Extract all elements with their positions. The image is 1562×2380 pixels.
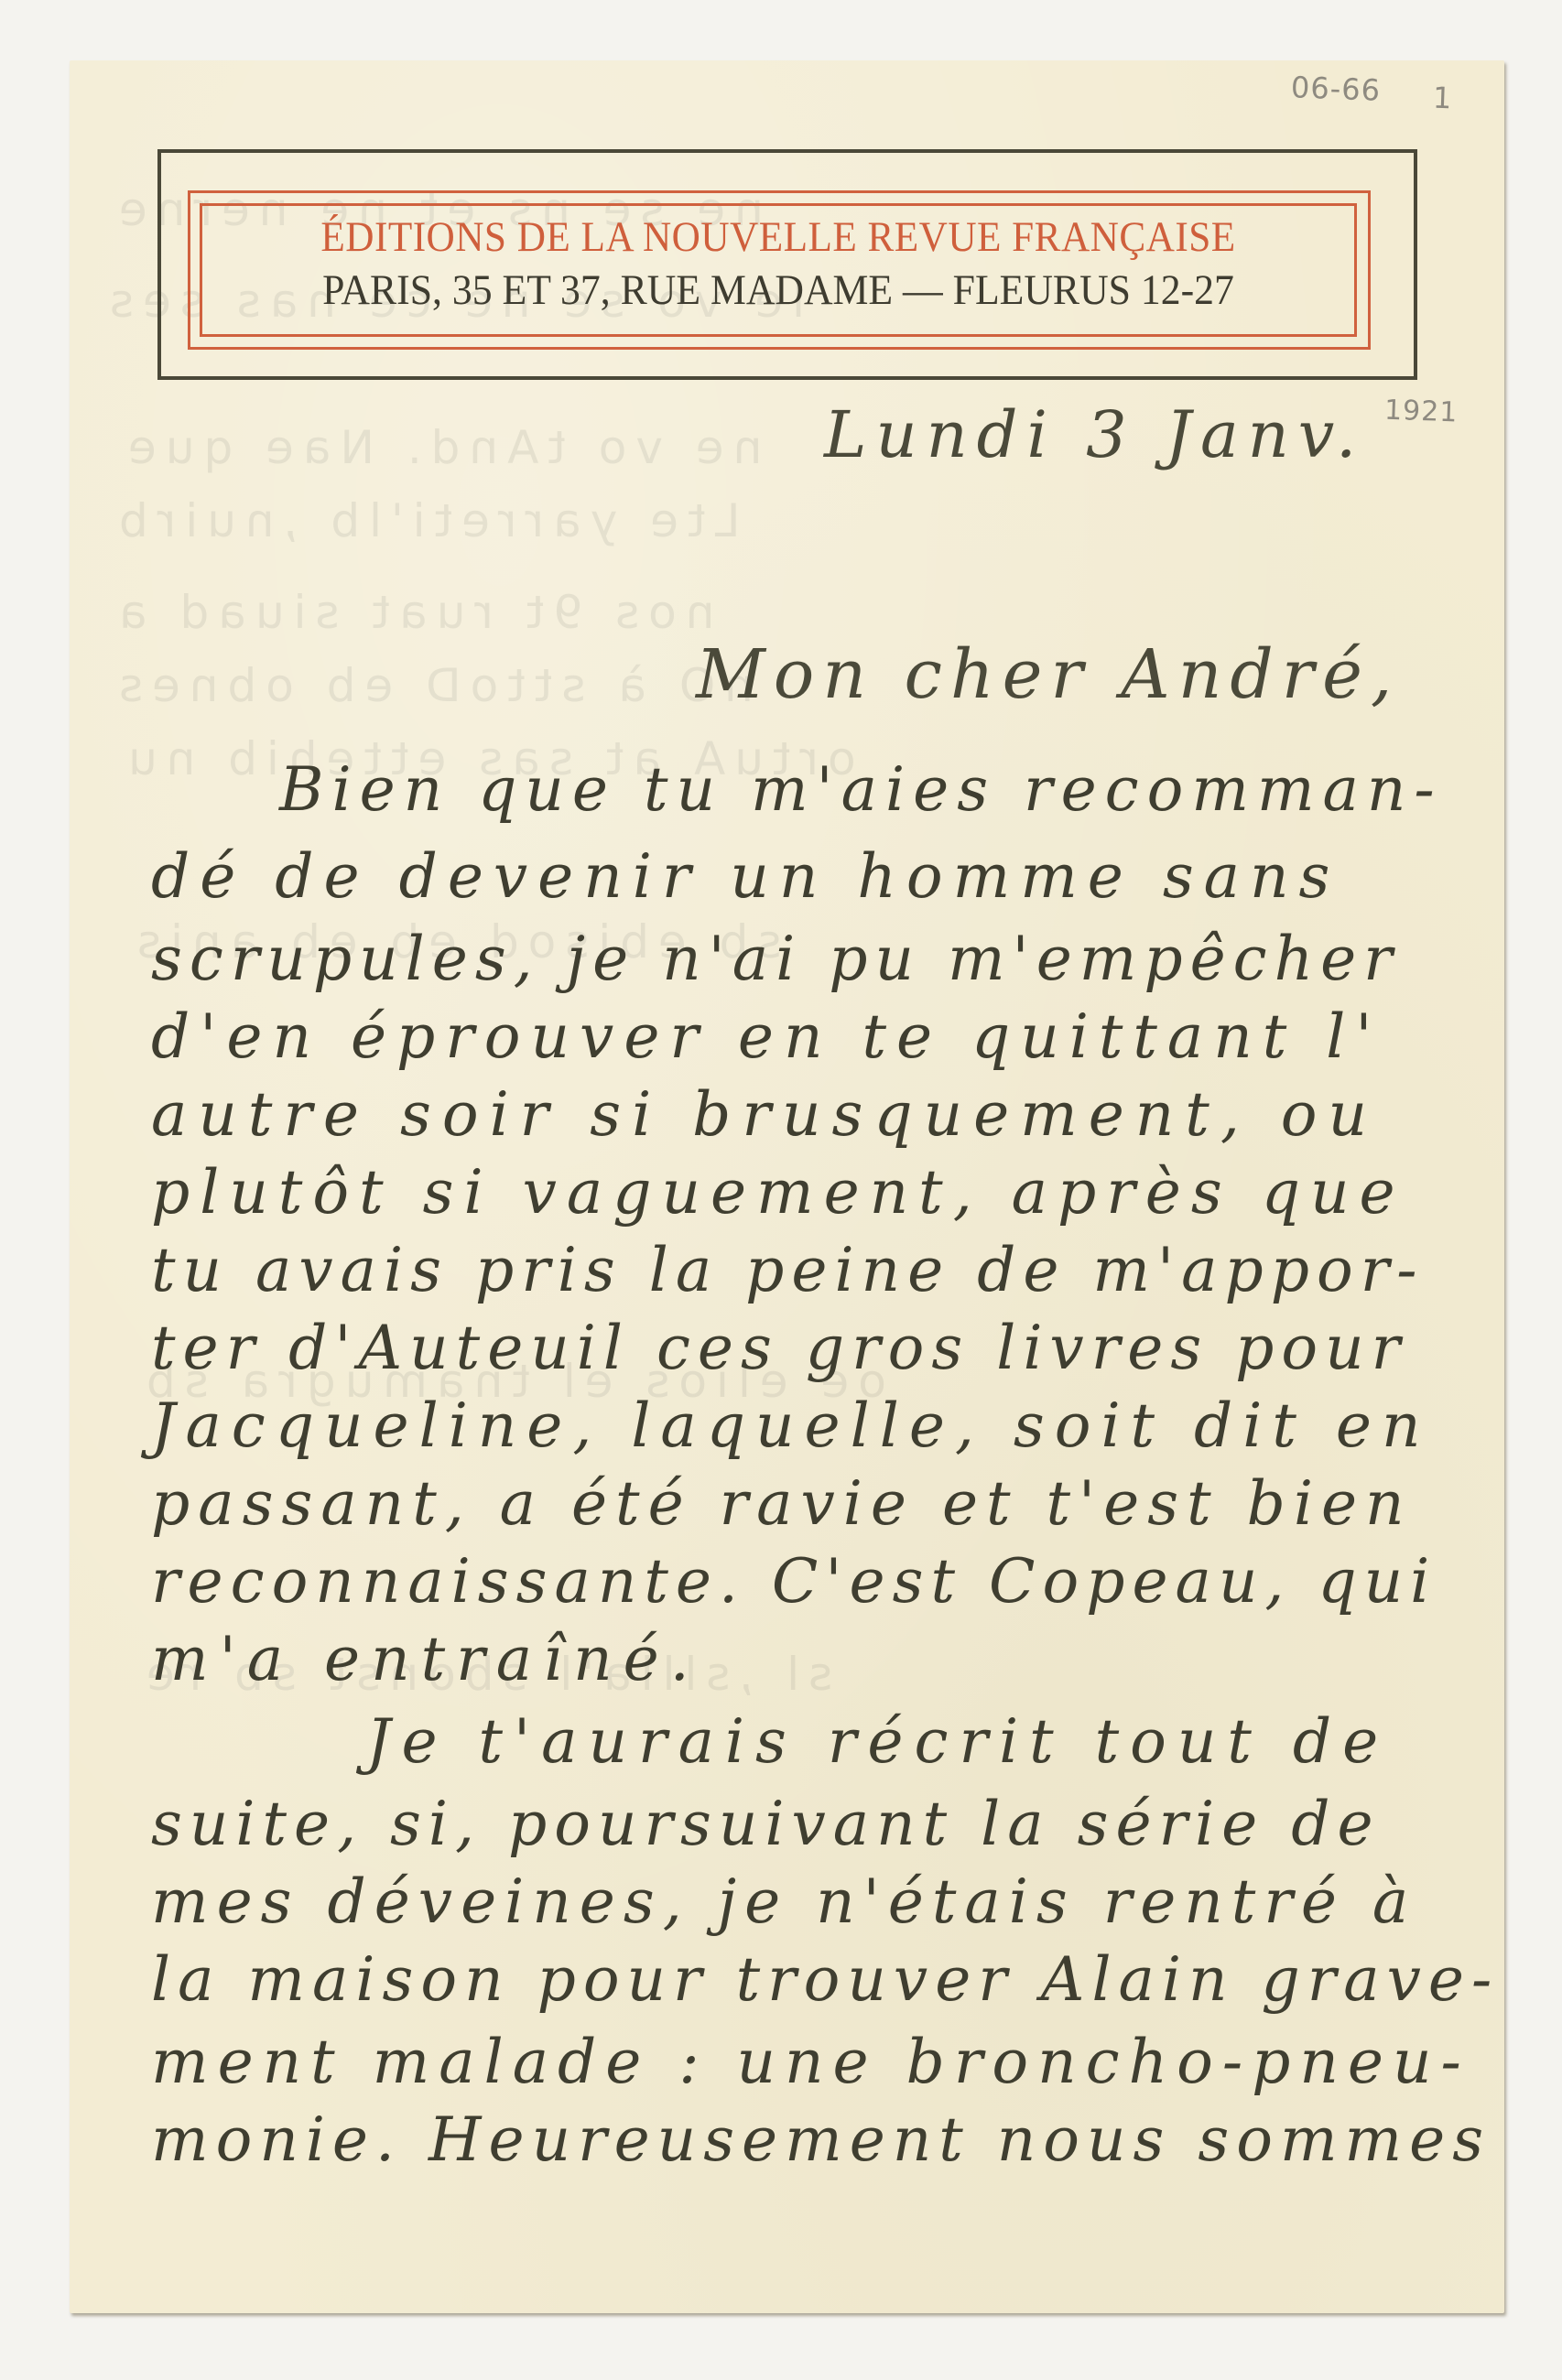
letter-date: Lundi 3 Janv. <box>824 403 1365 467</box>
letter-line: mes déveines, je n'étais rentré à <box>151 1872 1416 1932</box>
letter-line: m'a entraîné. <box>151 1629 700 1690</box>
archive-folio-mark: 06-66 <box>1290 70 1381 107</box>
letter-line: tu avais pris la peine de m'appor- <box>151 1240 1425 1301</box>
letter-line: monie. Heureusement nous sommes <box>151 2110 1491 2170</box>
letterhead-address: PARIS, 35 ET 37, RUE MADAME — FLEURUS 12… <box>240 265 1317 315</box>
letter-line: passant, a été ravie et t'est bien <box>151 1474 1413 1534</box>
archive-year-mark: 1921 <box>1383 395 1459 429</box>
letter-line: Bien que tu m'aies recomman- <box>279 760 1443 820</box>
letter-line: la maison pour trouver Alain grave- <box>151 1950 1499 2010</box>
letter-line: scrupules, je n'ai pu m'empêcher <box>151 929 1400 990</box>
folio-number: 06-66 <box>1290 70 1381 107</box>
letter-salutation: Mon cher André, <box>696 641 1400 709</box>
bleed-through-text: nO à sttoD eb obnes <box>110 659 754 712</box>
bleed-through-text: nos 9t ruat siuad a <box>110 586 714 639</box>
letter-line: autre soir si brusquement, ou <box>151 1085 1378 1145</box>
letter-line: Je t'aurais récrit tout de <box>366 1712 1389 1772</box>
letter-line: reconnaissante. C'est Copeau, qui <box>151 1552 1437 1612</box>
letter-line: ment malade : une broncho-pneu- <box>151 2032 1470 2093</box>
letterhead-publisher-name: ÉDITIONS DE LA NOUVELLE REVUE FRANÇAISE <box>246 212 1311 262</box>
bleed-through-text: ne vo tAnd. Nae que <box>119 421 762 474</box>
letter-line: Jacqueline, laquelle, soit dit en <box>151 1396 1430 1456</box>
letter-line: plutôt si vaguement, après que <box>151 1163 1405 1223</box>
letter-line: ter d'Auteuil ces gros livres pour <box>151 1318 1407 1379</box>
year-annotation: 1921 <box>1383 395 1459 429</box>
page-number: 1 <box>1432 81 1453 116</box>
letter-line: dé de devenir un homme sans <box>151 847 1340 907</box>
letter-line: suite, si, poursuivant la série de <box>151 1794 1381 1855</box>
bleed-through-text: Lte yarreti'lb ,nuirb <box>110 494 740 547</box>
archive-page-mark: 1 <box>1432 81 1453 116</box>
letter-line: d'en éprouver en te quittant l' <box>151 1007 1383 1067</box>
